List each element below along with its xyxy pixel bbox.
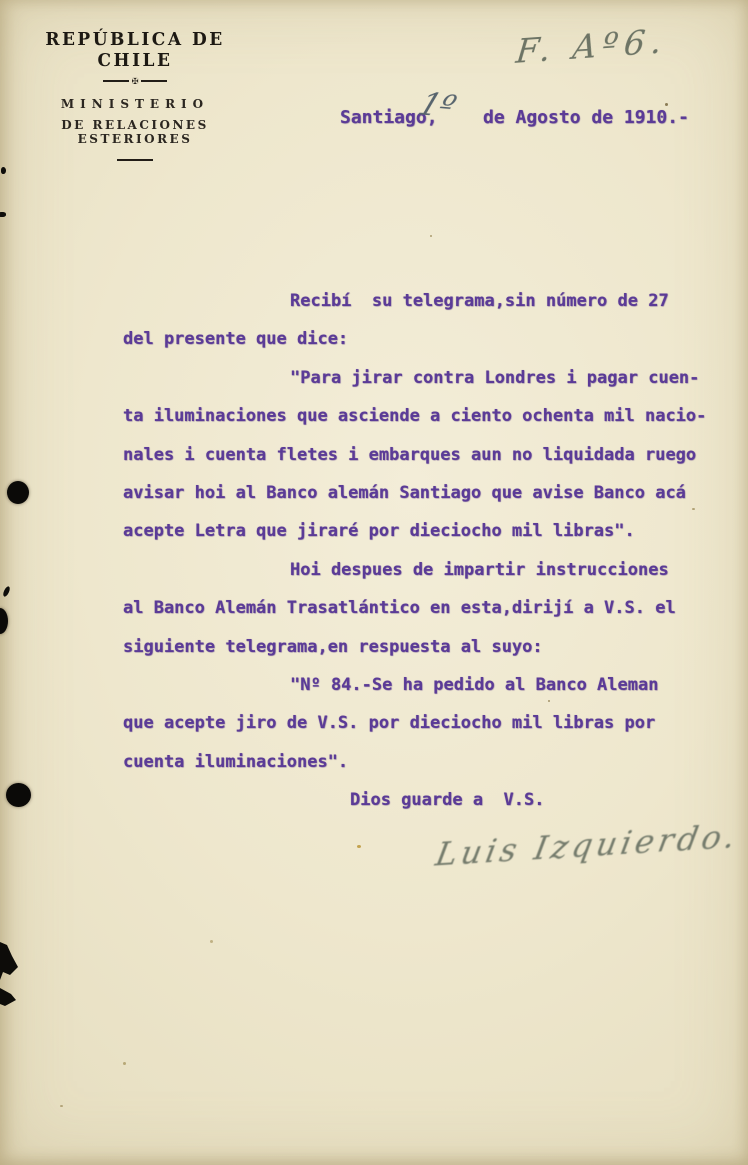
body-line: Hoi despues de impartir instrucciones [123,551,723,589]
signature: Luis Izquierdo. [433,816,743,873]
punch-hole [6,783,31,807]
ornament-dash-right [141,80,167,82]
dateline: Santiago, de Agosto de 1910.- [0,107,748,137]
closing-line: Dios guarde a V.S. [123,781,723,819]
cross-icon: ✠ [129,76,142,86]
paper-speck [548,700,550,702]
paper-speck [123,1062,126,1065]
paper-speck [665,103,668,106]
body-line: "Nº 84.-Se ha pedido al Banco Aleman [123,666,723,704]
paper-speck [357,845,361,848]
edge-mark [0,212,6,217]
body-line: que acepte jiro de V.S. por dieciocho mi… [123,704,723,742]
punch-hole-partial [0,608,8,634]
archival-annotation: F. Aº6. [514,16,738,71]
letterhead-ornament: ✠ [18,75,252,85]
body-line: siguiente telegrama,en respuesta al suyo… [123,628,723,666]
body-line: avisar hoi al Banco alemán Santiago que … [123,474,723,512]
letter-body: Recibí su telegrama,sin número de 27 del… [123,282,723,819]
body-line: del presente que dice: [123,320,723,358]
punch-hole [7,481,29,504]
body-line: acepte Letra que jiraré por dieciocho mi… [123,512,723,550]
paper-speck [60,1105,63,1107]
body-line: nales i cuenta fletes i embarques aun no… [123,436,723,474]
letterhead: REPÚBLICA DE CHILE ✠ MINISTERIO DE RELAC… [18,30,252,161]
letterhead-country: REPÚBLICA DE CHILE [18,29,252,71]
paper-speck [692,508,695,510]
letterhead-rule [117,159,153,161]
body-line: "Para jirar contra Londres i pagar cuen- [123,359,723,397]
paper-speck [210,940,213,943]
ornament-dash-left [103,80,129,82]
paper-speck [430,235,432,237]
dateline-rest: de Agosto de 1910.- [483,107,689,128]
body-line: Recibí su telegrama,sin número de 27 [123,282,723,320]
edge-mark [1,167,6,174]
document-page: REPÚBLICA DE CHILE ✠ MINISTERIO DE RELAC… [0,0,748,1165]
body-line: al Banco Alemán Trasatlántico en esta,di… [123,589,723,627]
body-line: ta iluminaciones que asciende a ciento o… [123,397,723,435]
torn-edge [0,936,26,1018]
body-line: cuenta iluminaciones". [123,743,723,781]
edge-mark [2,585,11,597]
